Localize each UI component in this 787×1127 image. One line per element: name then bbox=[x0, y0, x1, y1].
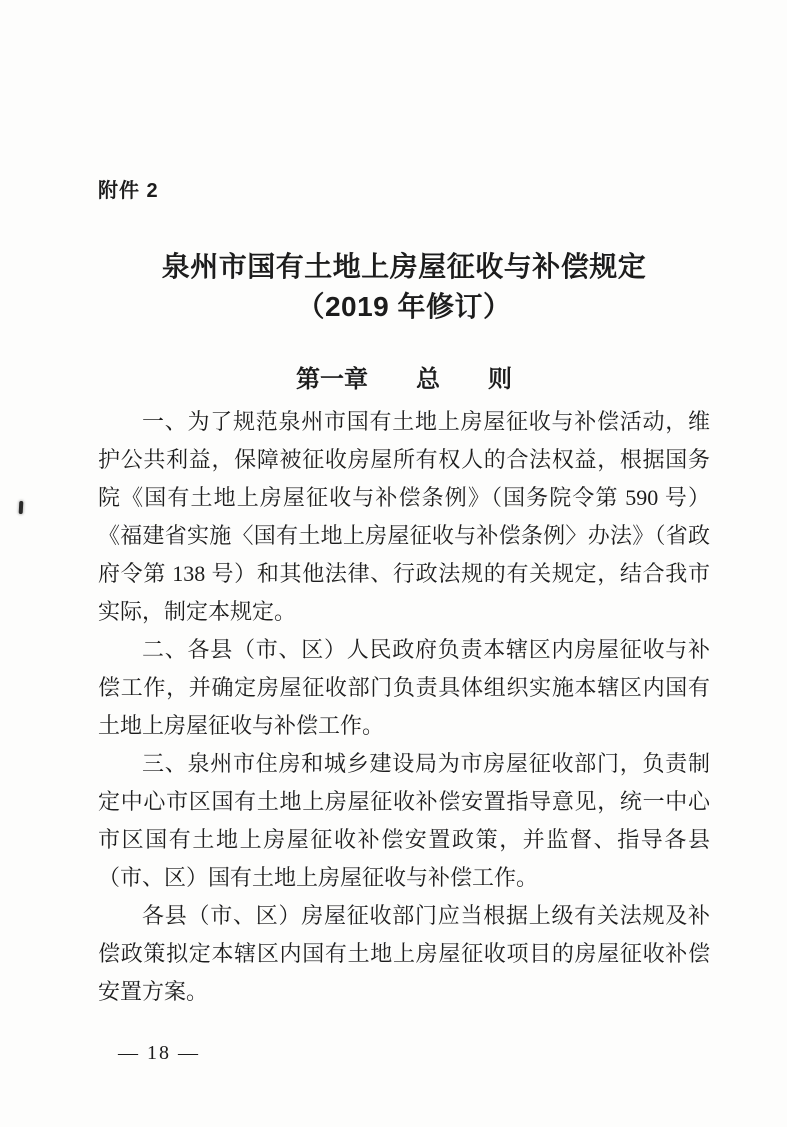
document-title: 泉州市国有土地上房屋征收与补偿规定 （2019 年修订） bbox=[98, 247, 710, 327]
attachment-label: 附件 2 bbox=[98, 174, 159, 203]
document-title-line2: （2019 年修订） bbox=[98, 287, 710, 327]
document-page: 附件 2 泉州市国有土地上房屋征收与补偿规定 （2019 年修订） 第一章 总 … bbox=[0, 0, 787, 1127]
paragraph-4: 各县（市、区）房屋征收部门应当根据上级有关法规及补偿政策拟定本辖区内国有土地上房… bbox=[98, 897, 710, 1011]
paragraph-2: 二、各县（市、区）人民政府负责本辖区内房屋征收与补偿工作，并确定房屋征收部门负责… bbox=[98, 631, 710, 745]
page-number: — 18 — bbox=[118, 1042, 200, 1065]
chapter-heading: 第一章 总 则 bbox=[98, 364, 710, 396]
document-title-line1: 泉州市国有土地上房屋征收与补偿规定 bbox=[98, 247, 710, 287]
paragraph-1: 一、为了规范泉州市国有土地上房屋征收与补偿活动，维护公共利益，保障被征收房屋所有… bbox=[98, 403, 710, 631]
document-body: 一、为了规范泉州市国有土地上房屋征收与补偿活动，维护公共利益，保障被征收房屋所有… bbox=[98, 403, 710, 1011]
paragraph-3: 三、泉州市住房和城乡建设局为市房屋征收部门，负责制定中心市区国有土地上房屋征收补… bbox=[98, 745, 710, 897]
scan-artifact-mark bbox=[19, 501, 24, 514]
